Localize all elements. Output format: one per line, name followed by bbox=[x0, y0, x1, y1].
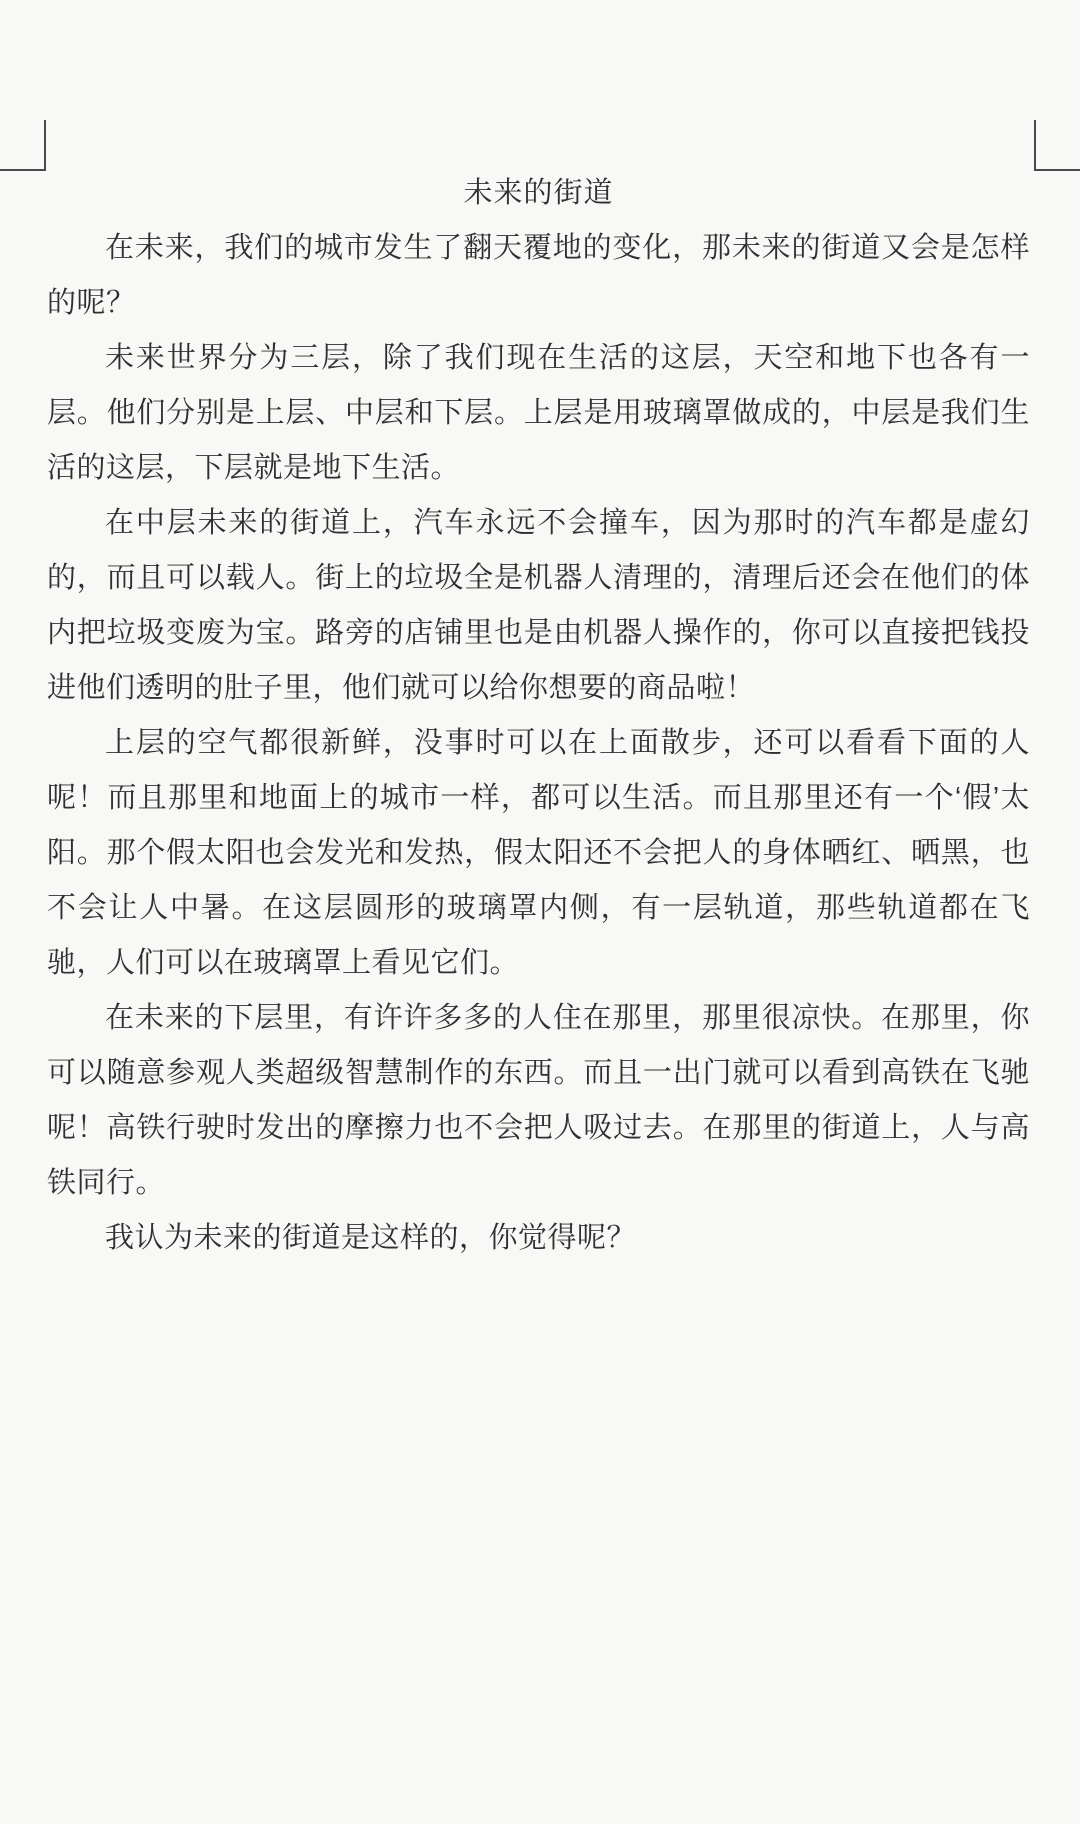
essay-title: 未来的街道 bbox=[47, 166, 1030, 221]
document-page: 未来的街道 在未来，我们的城市发生了翻天覆地的变化，那未来的街道又会是怎样的呢？… bbox=[0, 0, 1080, 1824]
essay-paragraph: 我认为未来的街道是这样的，你觉得呢？ bbox=[47, 1211, 1030, 1266]
essay-paragraph: 在未来的下层里，有许许多多的人住在那里，那里很凉快。在那里，你可以随意参观人类超… bbox=[47, 991, 1030, 1211]
essay-paragraph: 在未来，我们的城市发生了翻天覆地的变化，那未来的街道又会是怎样的呢？ bbox=[47, 221, 1030, 331]
essay-paragraph: 上层的空气都很新鲜，没事时可以在上面散步，还可以看看下面的人呢！而且那里和地面上… bbox=[47, 716, 1030, 991]
essay-paragraph: 未来世界分为三层，除了我们现在生活的这层，天空和地下也各有一层。他们分别是上层、… bbox=[47, 331, 1030, 496]
crop-mark-top-right bbox=[1034, 120, 1080, 171]
crop-mark-top-left bbox=[0, 120, 46, 171]
essay-paragraph: 在中层未来的街道上，汽车永远不会撞车，因为那时的汽车都是虚幻的，而且可以载人。街… bbox=[47, 496, 1030, 716]
essay-content: 未来的街道 在未来，我们的城市发生了翻天覆地的变化，那未来的街道又会是怎样的呢？… bbox=[47, 166, 1030, 1266]
